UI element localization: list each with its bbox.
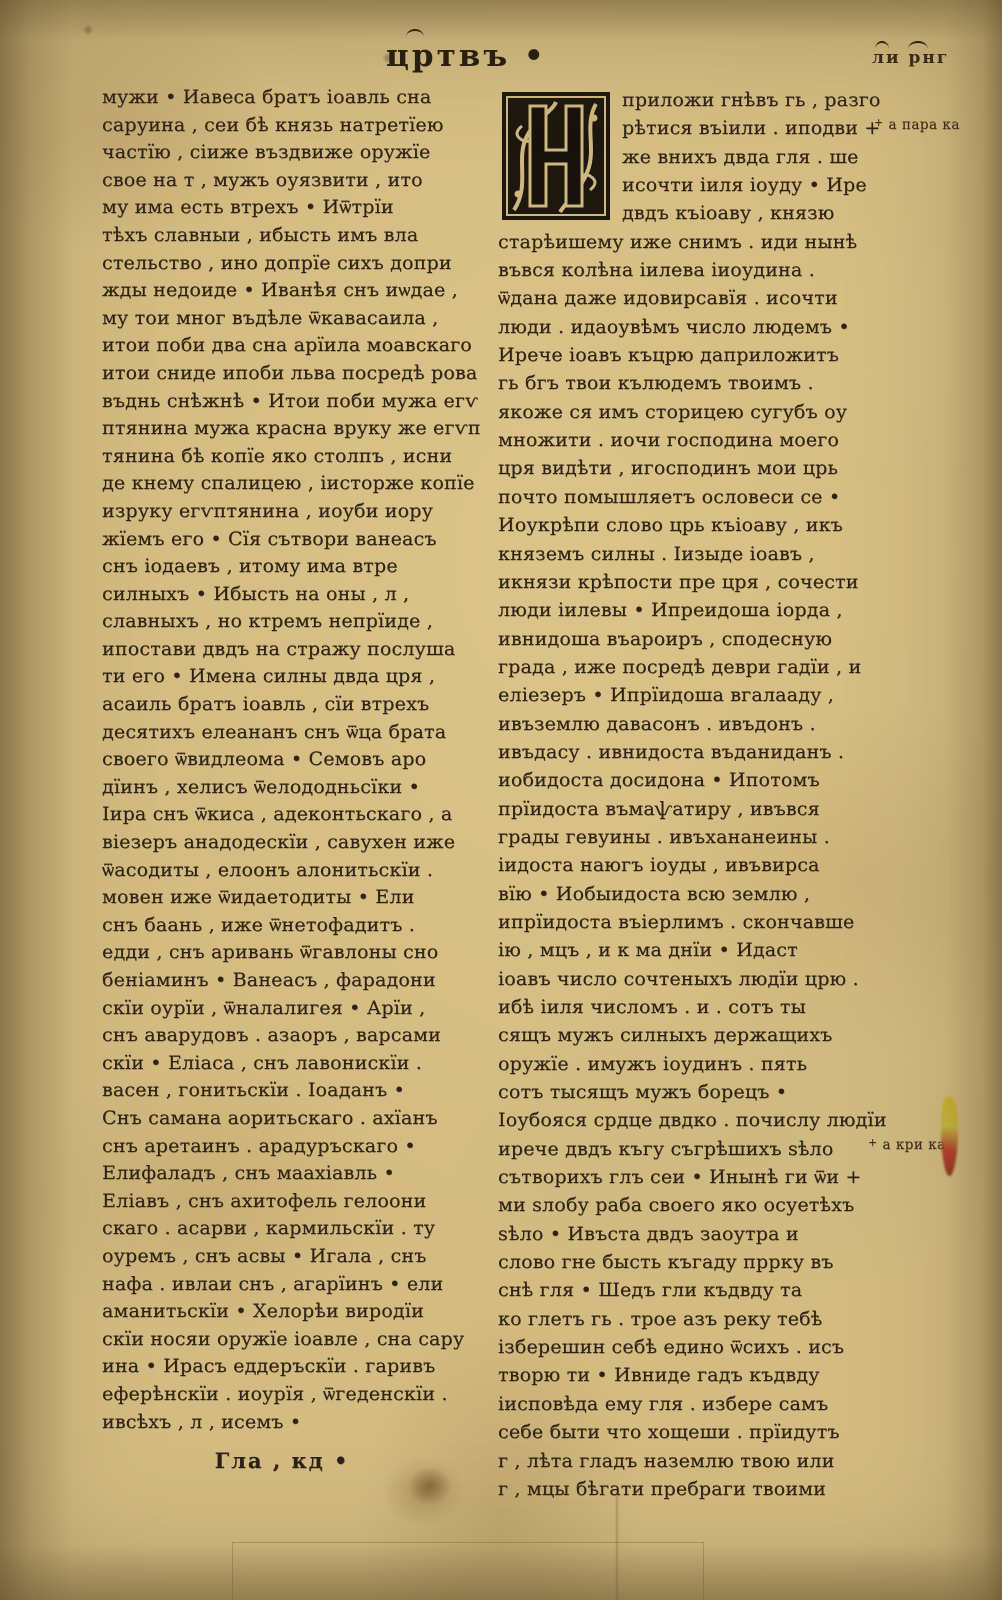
text-line: изруку егѵптянина , иоуби иору (102, 498, 500, 526)
text-line: въднь снѣжнѣ • Итои поби мужа егѵ (102, 388, 500, 416)
text-line: ивсѣхъ , л , исемъ • (102, 1409, 500, 1437)
text-line: себе быти что хощеши . прїидутъ (498, 1418, 898, 1446)
text-line: итои поби два сна арїила моавскаго (102, 332, 500, 360)
text-line: десятихъ елеананъ снъ ѿца брата (102, 719, 500, 747)
text-line: якоже ся имъ сторицею сугубъ оу (498, 398, 898, 426)
text-line: жды недоиде • Иванѣя снъ иѡдае , (102, 277, 500, 305)
text-line: птянина мужа красна вруку же егѵп (102, 415, 500, 443)
text-line: дїинъ , хелисъ ѿелододньсїки • (102, 774, 500, 802)
text-line: ѿасодиты , елоонъ алонитьскїи . (102, 857, 500, 885)
show-through-frame (232, 1542, 704, 1600)
text-line: икнязи крѣпости пре цря , сочести (498, 568, 898, 596)
titlo-mark (406, 29, 424, 37)
margin-note-cross-reference: + а кри ка (868, 1136, 946, 1153)
text-line: снъ іодаевъ , итому има втре (102, 553, 500, 581)
text-line: г , мцы бѣгати пребраги твоими (498, 1475, 898, 1503)
text-line: васен , гонитьскїи . Іоаданъ • (102, 1077, 500, 1105)
text-line: итои сниде ипоби льва посредѣ рова (102, 360, 500, 388)
text-line: въвся колѣна іилева іиоудина . (498, 256, 898, 284)
margin-note-text: а пара ка (889, 117, 960, 133)
text-line: снъ аварудовъ . азаоръ , варсами (102, 1022, 500, 1050)
running-title: цртвъ • (386, 38, 547, 74)
text-line: нафа . ивлаи снъ , агарїинъ • ели (102, 1271, 500, 1299)
text-line: двдъ къіоаву , князю (498, 199, 898, 227)
text-line: ѿдана даже идовирсавїя . исочти (498, 284, 898, 312)
text-line: іоавъ число сочтеныхъ людїи црю . (498, 965, 898, 993)
text-line: ипрїидоста въіерлимъ . скончавше (498, 908, 898, 936)
text-line: мужи • Иавеса братъ іоавль сна (102, 84, 500, 112)
text-line: еферѣнскїи . иоурїя , ѿгеденскїи . (102, 1381, 500, 1409)
right-text-column: приложи гнѣвъ гь , разгорѣтися въіили . … (498, 86, 898, 1503)
text-line: аманитьскїи • Хелорѣи виродїи (102, 1298, 500, 1326)
text-line: Иоукрѣпи слово црь къіоаву , икъ (498, 511, 898, 539)
paint-smudge (941, 1096, 958, 1176)
cross-reference-marker: + (874, 116, 884, 129)
text-line: мовен иже ѿидаетодиты • Ели (102, 884, 500, 912)
text-line: віезеръ анадодескїи , савухен иже (102, 829, 500, 857)
text-line: же внихъ двда гля . ше (498, 143, 898, 171)
text-line: скаго . асарви , кармильскїи . ту (102, 1215, 500, 1243)
text-line: люди . идаоувѣмъ число людемъ • (498, 313, 898, 341)
text-line: ибѣ іиля числомъ . и . сотъ ты (498, 993, 898, 1021)
text-line: иобидоста досидона • Ипотомъ (498, 766, 898, 794)
right-column-lines: приложи гнѣвъ гь , разгорѣтися въіили . … (498, 86, 898, 1503)
text-line: ми ѕлобу раба своего яко осуетѣхъ (498, 1191, 898, 1219)
text-line: снъ баань , иже ѿнетофадитъ . (102, 912, 500, 940)
text-line: сотъ тысящъ мужъ борецъ • (498, 1078, 898, 1106)
text-line: оуремъ , снъ асвы • Игала , снъ (102, 1243, 500, 1271)
margin-note-cross-reference: + а пара ка (874, 116, 960, 133)
text-line: ипостави двдъ на стражу послуша (102, 636, 500, 664)
text-line: славныхъ , но ктремъ непрїиде , (102, 608, 500, 636)
margin-note-text: а кри ка (883, 1137, 946, 1153)
cross-reference-marker: + (868, 1136, 878, 1149)
text-line: снѣ гля • Шедъ гли къдвду та (498, 1276, 898, 1304)
text-line: гь бгъ твои кълюдемъ твоимъ . (498, 369, 898, 397)
text-line: беніаминъ • Ванеасъ , фарадони (102, 967, 500, 995)
folio-number: ли рнг (872, 48, 949, 68)
left-column-lines: мужи • Иавеса братъ іоавль снасаруина , … (102, 84, 500, 1436)
text-line: Іоубояся срдце двдко . почислу людїи (498, 1106, 898, 1134)
text-line: асаиль братъ іоавль , сїи втрехъ (102, 691, 500, 719)
text-line: ивъземлю давасонъ . ивъдонъ . (498, 710, 898, 738)
text-line: едди , снъ аривань ѿгавлоны сно (102, 939, 500, 967)
text-line: ко глетъ гь . трое азъ реку тебѣ (498, 1305, 898, 1333)
text-line: ізберешин себѣ едино ѿсихъ . исъ (498, 1333, 898, 1361)
text-line: исочти іиля іоуду • Ире (498, 171, 898, 199)
text-line: Іира снъ ѿкиса , адеконтьскаго , а (102, 801, 500, 829)
text-line: му тои мног въдѣле ѿкавасаила , (102, 305, 500, 333)
text-line: Снъ самана аоритьскаго . ахїанъ (102, 1105, 500, 1133)
book-page: цртвъ • ли рнг мужи • Иавеса братъ іоавл… (0, 0, 1002, 1600)
text-line: ивнидоша въароиръ , сподесную (498, 625, 898, 653)
text-line: тѣхъ славныи , ибысть имъ вла (102, 222, 500, 250)
text-line: рѣтися въіили . иподви + (498, 114, 898, 142)
text-line: прїидоста въмаѱатиру , ивъвся (498, 795, 898, 823)
text-line: сътворихъ глъ сеи • Инынѣ ги ѿи + (498, 1163, 898, 1191)
text-line: княземъ силны . Іизыде іоавъ , (498, 540, 898, 568)
text-line: Еліавъ , снъ ахитофель гелоони (102, 1188, 500, 1216)
text-line: люди іилевы • Ипреидоша іорда , (498, 596, 898, 624)
text-line: тянина бѣ копїе яко столпъ , исни (102, 443, 500, 471)
text-line: ина • Ирасъ еддеръскїи . гаривъ (102, 1353, 500, 1381)
text-line: слово гне бысть къгаду пррку въ (498, 1248, 898, 1276)
text-line: почто помышляетъ ословеси се • (498, 483, 898, 511)
text-line: старѣишему иже снимъ . иди нынѣ (498, 228, 898, 256)
titlo-mark (875, 41, 889, 49)
text-line: града , иже посредѣ деври гадїи , и (498, 653, 898, 681)
text-line: Ирече іоавъ къцрю даприложитъ (498, 341, 898, 369)
text-line: силныхъ • Ибысть на оны , л , (102, 581, 500, 609)
text-line: ирече двдъ къгу съгрѣшихъ ѕѣло (498, 1135, 898, 1163)
text-line: Елифаладъ , снъ маахіавль • (102, 1160, 500, 1188)
text-line: оружїе . имужъ іоудинъ . пять (498, 1050, 898, 1078)
chapter-heading: Гла , кд • (102, 1448, 462, 1473)
text-line: свое на т , мужъ оуязвити , ито (102, 167, 500, 195)
text-line: скїи носяи оружїе іоавле , сна сару (102, 1326, 500, 1354)
text-line: сящъ мужъ силныхъ держащихъ (498, 1021, 898, 1049)
text-line: стельство , ино допрїе сихъ допри (102, 250, 500, 278)
text-line: творю ти • Ивниде гадъ къдвду (498, 1361, 898, 1389)
text-line: ѕѣло • Ивъста двдъ заоутра и (498, 1220, 898, 1248)
text-line: снъ аретаинъ . арадуръскаго • (102, 1133, 500, 1161)
text-line: ію , мцъ , и к ма днїи • Идаст (498, 936, 898, 964)
text-line: вїю • Иобыидоста всю землю , (498, 880, 898, 908)
text-line: му има есть втрехъ • Иѿтрїи (102, 194, 500, 222)
text-line: множити . иочи господина моего (498, 426, 898, 454)
titlo-mark (908, 41, 928, 49)
text-line: еліезеръ • Ипрїидоша вгалааду , (498, 681, 898, 709)
text-line: грады гевуины . ивъхананеины . (498, 823, 898, 851)
crease-line (616, 1492, 618, 1600)
text-line: скїи • Еліаса , снъ лавонискїи . (102, 1050, 500, 1078)
text-line: приложи гнѣвъ гь , разго (498, 86, 898, 114)
left-text-column: мужи • Иавеса братъ іоавль снасаруина , … (102, 84, 500, 1473)
text-line: де кнему спалицею , іисторже копїе (102, 470, 500, 498)
text-line: частїю , сіиже въздвиже оружїе (102, 139, 500, 167)
text-line: іидоста наюгъ іоуды , ивъвирса (498, 851, 898, 879)
text-line: г , лѣта гладъ наземлю твою или (498, 1447, 898, 1475)
text-line: своего ѿвидлеома • Семовъ аро (102, 746, 500, 774)
text-line: ти его • Имена силны двда цря , (102, 663, 500, 691)
text-line: скїи оурїи , ѿналалигея • Арїи , (102, 995, 500, 1023)
text-line: жїемъ его • Сїя сътвори ванеасъ (102, 526, 500, 554)
text-line: іисповѣда ему гля . избере самъ (498, 1390, 898, 1418)
text-line: саруина , сеи бѣ князь натретїею (102, 112, 500, 140)
text-line: цря видѣти , игосподинъ мои црь (498, 454, 898, 482)
text-line: ивъдасу . ивнидоста въданиданъ . (498, 738, 898, 766)
